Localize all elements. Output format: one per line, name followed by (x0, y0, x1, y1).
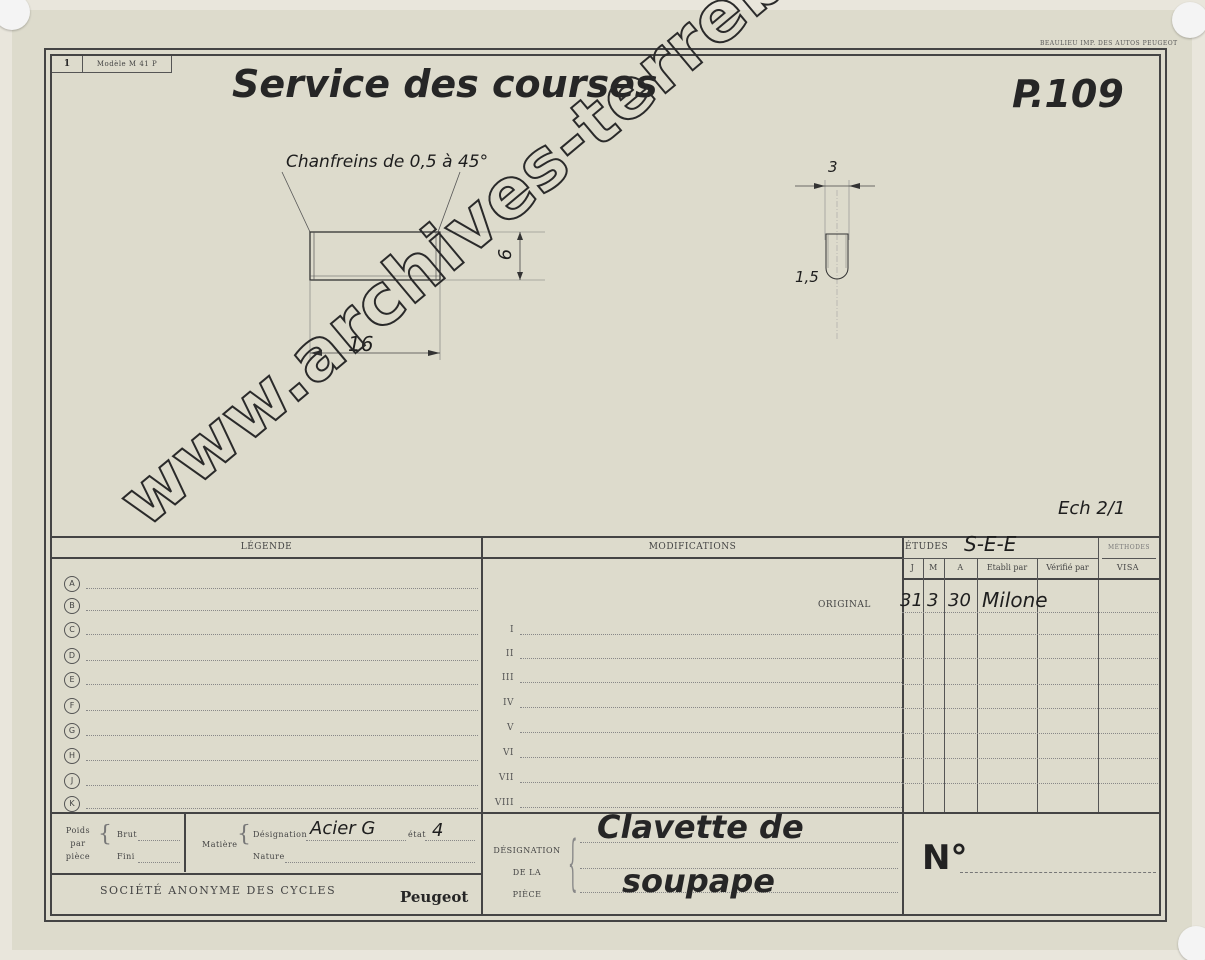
weight-label-piece: pièce (60, 850, 96, 863)
legend-marker-c: C (64, 622, 80, 638)
part-end-view (790, 170, 890, 360)
width-dimension: 3 (828, 158, 838, 176)
weight-label-par: par (60, 837, 96, 850)
weight-divider (184, 812, 186, 872)
designation-field[interactable] (306, 840, 406, 841)
weight-label-poids: Poids (60, 824, 96, 837)
modification-line-1[interactable] (520, 634, 902, 635)
legend-line-e[interactable] (86, 684, 478, 685)
etudes-row-3[interactable] (902, 658, 1158, 659)
material-brace: { (237, 822, 252, 847)
col-header-visa: VISA (1098, 563, 1158, 572)
page-reference: P.109 (1012, 72, 1124, 116)
model-label: Modèle M 41 P (83, 56, 172, 73)
modification-line-5[interactable] (520, 732, 902, 733)
part-label-line1: DÉSIGNATION (486, 840, 568, 862)
sheet-number: 1 (52, 56, 83, 73)
part-number-field[interactable] (960, 872, 1156, 873)
col-header-m: M (923, 563, 944, 572)
legend-marker-j: J (64, 773, 80, 789)
col-header-a: A (944, 563, 977, 572)
modification-label-1: I (474, 625, 514, 635)
legend-header: LÉGENDE (52, 542, 481, 552)
etudes-row-2[interactable] (902, 634, 1158, 635)
part-name-line2: soupape (622, 862, 775, 900)
etudes-row-6[interactable] (902, 733, 1158, 734)
col-divider-a (977, 558, 978, 812)
original-day: 31 (900, 590, 923, 611)
original-label: ORIGINAL (818, 600, 871, 610)
legend-marker-d: D (64, 648, 80, 664)
etudes-row-4[interactable] (902, 684, 1158, 685)
legend-line-d[interactable] (86, 660, 478, 661)
etudes-columns-underline (902, 578, 1159, 580)
etudes-row-8[interactable] (902, 783, 1158, 784)
legend-marker-h: H (64, 748, 80, 764)
col-header-verifie: Vérifié par (1037, 563, 1098, 572)
nature-label: Nature (253, 852, 285, 861)
part-brace: { (568, 818, 578, 908)
designation-value: Acier G (310, 818, 375, 839)
part-label-line3: PIÈCE (486, 884, 568, 906)
modification-line-7[interactable] (520, 782, 902, 783)
modification-label-2: II (474, 649, 514, 659)
material-label: Matière (202, 840, 238, 849)
modification-label-7: VII (474, 773, 514, 783)
etat-value: 4 (432, 820, 443, 841)
legend-line-h[interactable] (86, 760, 478, 761)
etat-label: état (408, 830, 426, 839)
printer-credit: BEAULIEU IMP. DES AUTOS PEUGEOT (1040, 40, 1178, 47)
methodes-header: MÉTHODES (1100, 544, 1158, 551)
company-name: SOCIÉTÉ ANONYME DES CYCLES (100, 884, 336, 897)
modification-label-3: III (474, 673, 514, 683)
part-designation-label: DÉSIGNATION DE LA PIÈCE (486, 840, 568, 906)
col-header-j: J (902, 563, 923, 572)
modification-label-4: IV (474, 698, 514, 708)
legend-line-j[interactable] (86, 785, 478, 786)
col-header-etabli: Etabli par (977, 563, 1037, 572)
scale-note: Ech 2/1 (1058, 498, 1125, 519)
legend-marker-e: E (64, 672, 80, 688)
legend-line-b[interactable] (86, 610, 478, 611)
modification-label-5: V (474, 723, 514, 733)
fini-field[interactable] (138, 862, 180, 863)
col-divider-j (923, 558, 924, 812)
company-divider (52, 873, 481, 875)
modification-line-4[interactable] (520, 707, 902, 708)
radius-dimension: 1,5 (795, 268, 819, 286)
designation-label: Désignation (253, 830, 307, 839)
weight-label: Poids par pièce (60, 824, 96, 863)
brut-label: Brut (117, 830, 137, 839)
nature-field[interactable] (285, 862, 475, 863)
part-label-line2: DE LA (486, 862, 568, 884)
modification-label-6: VI (474, 748, 514, 758)
methodes-underline (1102, 558, 1156, 559)
original-established-by: Milone (982, 588, 1048, 612)
etudes-underline (902, 558, 1098, 559)
service-code: S-E-E (964, 532, 1016, 556)
legend-line-f[interactable] (86, 710, 478, 711)
legend-marker-k: K (64, 796, 80, 812)
modification-line-6[interactable] (520, 757, 902, 758)
pin-bottom-right (1178, 926, 1205, 960)
etudes-header: ÉTUDES (905, 542, 948, 552)
part-name-line1: Clavette de (597, 808, 804, 846)
chamfer-note: Chanfreins de 0,5 à 45° (286, 152, 488, 172)
legend-marker-f: F (64, 698, 80, 714)
header-underline (52, 557, 902, 559)
legend-marker-a: A (64, 576, 80, 592)
original-month: 3 (927, 590, 938, 611)
fini-label: Fini (117, 852, 135, 861)
etudes-row-5[interactable] (902, 708, 1158, 709)
original-year: 30 (948, 590, 971, 611)
modification-label-8: VIII (474, 798, 514, 808)
pin-top-right (1172, 2, 1205, 38)
modification-line-3[interactable] (520, 682, 902, 683)
legend-line-a[interactable] (86, 588, 478, 589)
legend-line-k[interactable] (86, 808, 478, 809)
brut-field[interactable] (138, 840, 180, 841)
legend-marker-b: B (64, 598, 80, 614)
modification-line-2[interactable] (520, 658, 902, 659)
brand-logo: Peugeot (400, 888, 468, 906)
etudes-row-7[interactable] (902, 758, 1158, 759)
col-divider-m (944, 558, 945, 812)
modifications-header: MODIFICATIONS (483, 542, 902, 552)
legend-line-g[interactable] (86, 735, 478, 736)
etudes-row-1[interactable] (902, 612, 1158, 613)
legend-line-c[interactable] (86, 634, 478, 635)
weight-brace: { (98, 822, 113, 847)
legend-marker-g: G (64, 723, 80, 739)
